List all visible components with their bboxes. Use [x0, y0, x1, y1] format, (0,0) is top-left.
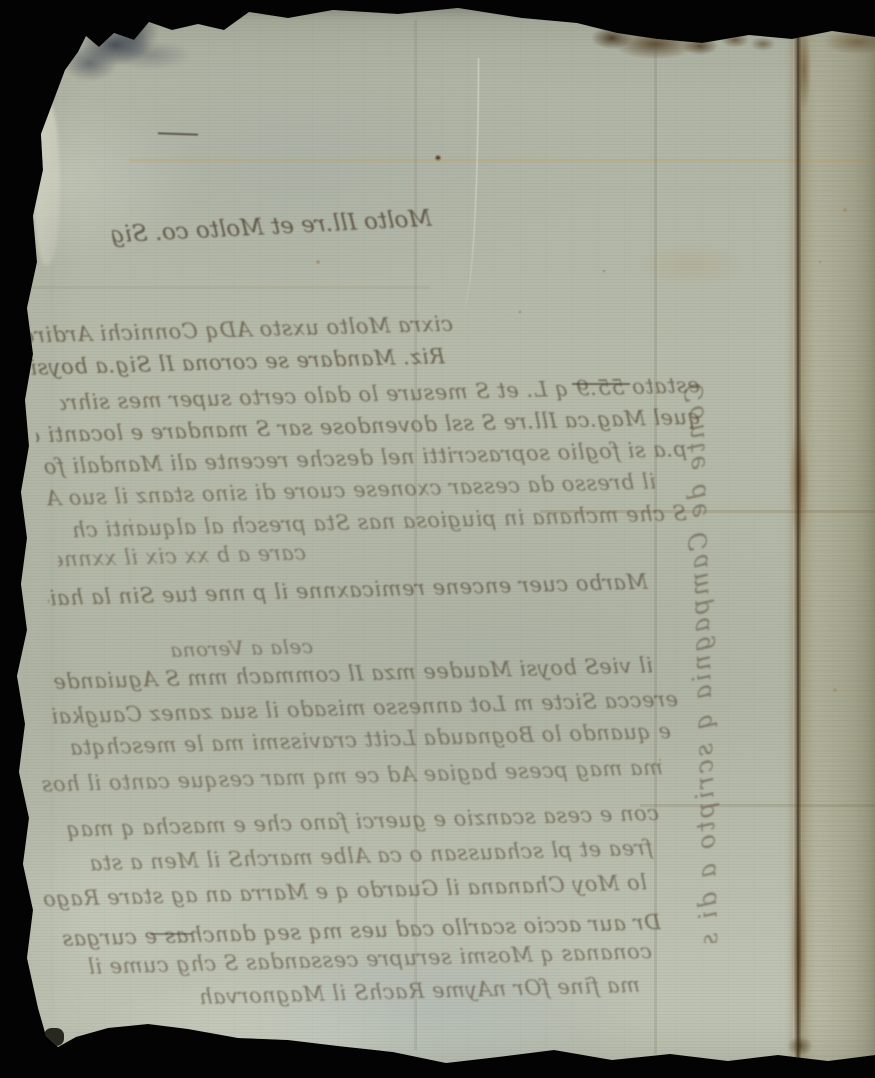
edge-vignette: [0, 0, 875, 1078]
scanned-manuscript-page: Molto Ill.re et Molto co. Sig.r mio oss.…: [0, 0, 875, 1078]
paper-sheet: Molto Ill.re et Molto co. Sig.r mio oss.…: [0, 0, 875, 1078]
